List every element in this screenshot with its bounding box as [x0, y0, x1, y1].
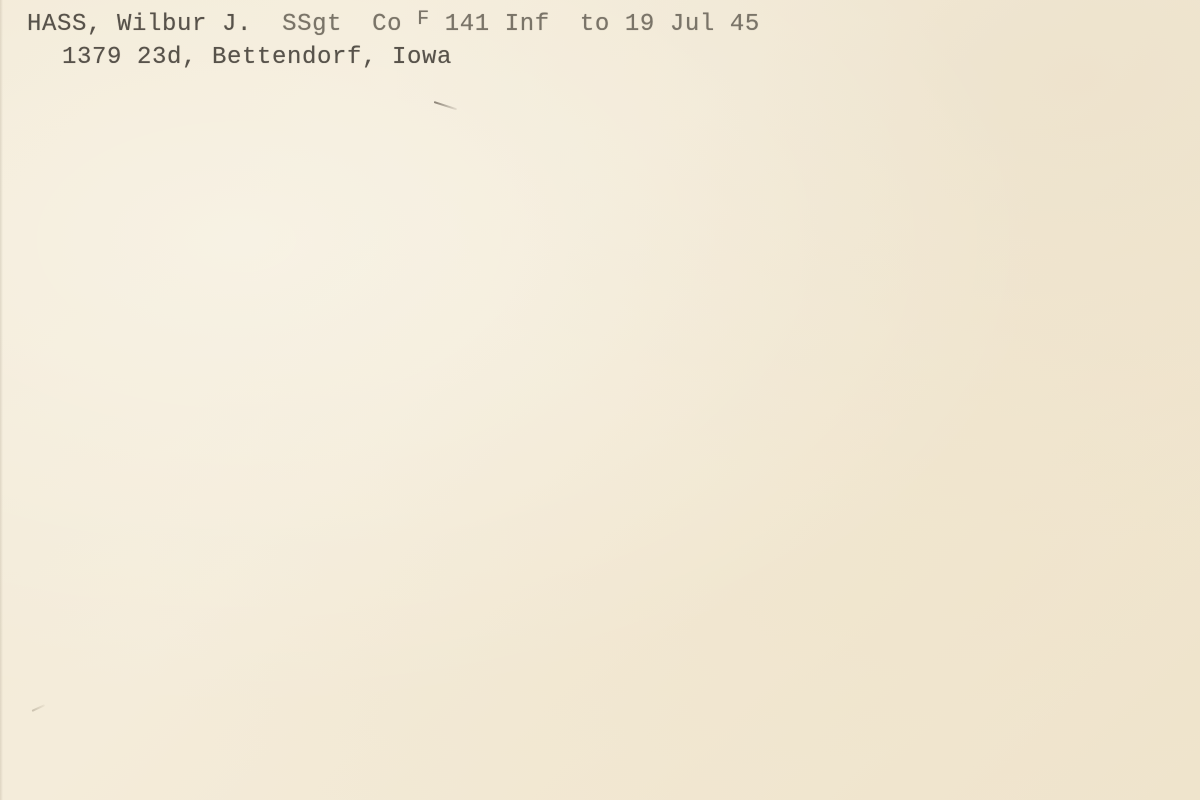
- paper-speck: [32, 704, 46, 712]
- given-names: Wilbur J.: [117, 11, 252, 38]
- surname: HASS,: [27, 11, 102, 38]
- name-rank-unit-line: HASS, Wilbur J. SSgt Co F 141 Inf to 19 …: [27, 13, 760, 37]
- card-edge: [0, 0, 3, 800]
- company-letter: F: [417, 8, 430, 31]
- pencil-mark: [434, 101, 457, 110]
- index-card: HASS, Wilbur J. SSgt Co F 141 Inf to 19 …: [0, 0, 1200, 800]
- unit: 141 Inf: [445, 11, 550, 38]
- rank: SSgt: [282, 11, 342, 38]
- address-line: 1379 23d, Bettendorf, Iowa: [62, 46, 452, 70]
- service-end-date: to 19 Jul 45: [580, 11, 760, 38]
- company-prefix: Co: [372, 11, 402, 38]
